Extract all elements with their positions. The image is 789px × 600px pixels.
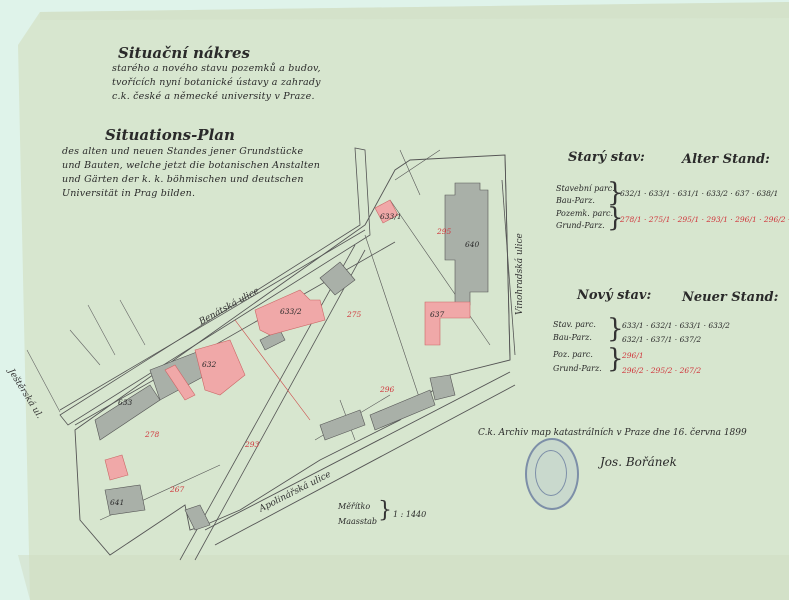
legend-new-land-label-de: Grund-Parz.	[553, 364, 602, 373]
legend-old-building-label-de: Bau-Parz.	[556, 196, 595, 205]
official-stamp	[525, 438, 579, 510]
legend-old-heading-cz: Starý stav:	[568, 150, 645, 165]
parcel-label: 293	[245, 440, 259, 449]
legend-new-land-parcels-row1: 296/1	[622, 351, 644, 360]
title-german: Situations-Plan	[105, 126, 235, 144]
legend-new-building-label-cz: Stav. parc.	[553, 320, 596, 329]
scale-value: 1 : 1440	[393, 510, 426, 519]
parcel-label: 295	[437, 227, 451, 236]
title-czech-line-2: tvořících nyní botanické ústavy a zahrad…	[112, 77, 321, 88]
building-label: 633/1	[380, 212, 402, 221]
legend-old-land-label-de: Grund-Parz.	[556, 221, 605, 230]
building-label: 633/2	[280, 307, 302, 316]
legend-new-building-label-de: Bau-Parz.	[553, 333, 592, 342]
legend-new-building-parcels-row2: 632/1 · 637/1 · 637/2	[622, 335, 701, 344]
scale-label-cz: Měřítko	[338, 502, 370, 511]
legend-new-land-label-cz: Poz. parc.	[553, 350, 593, 359]
title-german-line-3: und Gärten der k. k. böhmischen und deut…	[62, 174, 304, 185]
title-german-line-1: des alten und neuen Standes jener Grunds…	[62, 146, 303, 157]
signature: Jos. Bořánek	[600, 455, 677, 469]
legend-new-building-parcels-row1: 633/1 · 632/1 · 633/1 · 633/2	[622, 321, 730, 330]
parcel-label: 296	[380, 385, 394, 394]
legend-old-land-label-cz: Pozemk. parc.	[556, 209, 613, 218]
title-czech: Situační nákres	[118, 44, 250, 62]
title-german-line-2: und Bauten, welche jetzt die botanischen…	[62, 160, 320, 171]
scale-brace: }	[378, 500, 392, 522]
legend-old-building-parcels: 632/1 · 633/1 · 631/1 · 633/2 · 637 · 63…	[620, 189, 778, 198]
street-vinohradska: Vinohradská ulice	[515, 233, 525, 315]
title-czech-line-3: c.k. české a německé university v Praze.	[112, 91, 315, 102]
building-label: 632	[202, 360, 216, 369]
parcel-label: 275	[347, 310, 361, 319]
title-german-line-4: Universität in Prag bilden.	[62, 188, 195, 199]
legend-new-land-parcels-row2: 296/2 · 295/2 · 267/2	[622, 366, 701, 375]
certification-text: C.k. Archiv map katastrálních v Praze dn…	[478, 428, 747, 438]
parcel-label: 267	[170, 485, 184, 494]
legend-new-heading-cz: Nový stav:	[577, 288, 651, 303]
building-label: 640	[465, 240, 479, 249]
building-label: 641	[110, 498, 124, 507]
legend-new-heading-de: Neuer Stand:	[682, 290, 778, 305]
building-label: 637	[430, 310, 444, 319]
building-label: 633	[118, 398, 132, 407]
parcel-label: 278	[145, 430, 159, 439]
eagle-emblem-icon	[535, 450, 567, 496]
title-czech-line-1: starého a nového stavu pozemků a budov,	[112, 63, 321, 74]
legend-old-heading-de: Alter Stand:	[682, 152, 770, 167]
legend-old-land-parcels: 278/1 · 275/1 · 295/1 · 293/1 · 296/1 · …	[620, 215, 789, 224]
scale-label-de: Maasstab	[338, 517, 377, 526]
